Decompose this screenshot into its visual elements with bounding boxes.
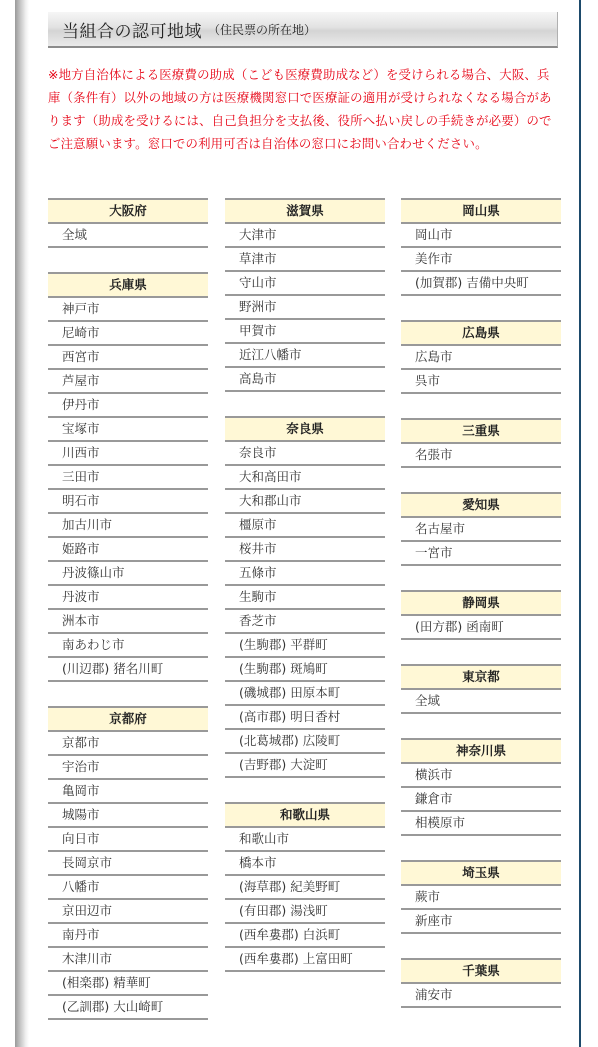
column-2: 滋賀県大津市草津市守山市野洲市甲賀市近江八幡市高島市奈良県奈良市大和高田市大和郡…: [225, 198, 385, 996]
city-row: 城陽市: [48, 804, 208, 828]
city-row: 南あわじ市: [48, 634, 208, 658]
prefecture-header: 三重県: [401, 418, 561, 444]
city-row: (海草郡) 紀美野町: [225, 876, 385, 900]
prefecture-block: 愛知県名古屋市一宮市: [401, 492, 561, 566]
city-row: 木津川市: [48, 948, 208, 972]
section-title-box: 当組合の認可地域 （住民票の所在地）: [48, 12, 558, 48]
city-row: 新座市: [401, 910, 561, 934]
city-row: 芦屋市: [48, 370, 208, 394]
city-row: 宝塚市: [48, 418, 208, 442]
prefecture-block: 大阪府全域: [48, 198, 208, 248]
city-row: (吉野郡) 大淀町: [225, 754, 385, 778]
prefecture-block: 千葉県浦安市: [401, 958, 561, 1008]
city-row: 五條市: [225, 562, 385, 586]
city-row: 生駒市: [225, 586, 385, 610]
city-row: (加賀郡) 吉備中央町: [401, 272, 561, 296]
city-row: 名古屋市: [401, 518, 561, 542]
city-row: (生駒郡) 平群町: [225, 634, 385, 658]
prefecture-header: 千葉県: [401, 958, 561, 984]
prefecture-header: 広島県: [401, 320, 561, 346]
city-row: 一宮市: [401, 542, 561, 566]
city-row: 大津市: [225, 224, 385, 248]
notice-text: ※地方自治体による医療費の助成（こども医療費助成など）を受けられる場合、大阪、兵…: [48, 63, 560, 155]
city-row: 三田市: [48, 466, 208, 490]
city-row: 和歌山市: [225, 828, 385, 852]
city-row: 岡山市: [401, 224, 561, 248]
city-row: (高市郡) 明日香村: [225, 706, 385, 730]
prefecture-block: 埼玉県蕨市新座市: [401, 860, 561, 934]
prefecture-block: 兵庫県神戸市尼崎市西宮市芦屋市伊丹市宝塚市川西市三田市明石市加古川市姫路市丹波篠…: [48, 272, 208, 682]
city-row: 美作市: [401, 248, 561, 272]
city-row: 相模原市: [401, 812, 561, 836]
prefecture-block: 三重県名張市: [401, 418, 561, 468]
city-row: (川辺郡) 猪名川町: [48, 658, 208, 682]
prefecture-block: 東京都全域: [401, 664, 561, 714]
city-row: (西牟婁郡) 上富田町: [225, 948, 385, 972]
city-row: 西宮市: [48, 346, 208, 370]
city-row: 守山市: [225, 272, 385, 296]
city-row: 姫路市: [48, 538, 208, 562]
prefecture-block: 奈良県奈良市大和高田市大和郡山市橿原市桜井市五條市生駒市香芝市(生駒郡) 平群町…: [225, 416, 385, 778]
column-1: 大阪府全域兵庫県神戸市尼崎市西宮市芦屋市伊丹市宝塚市川西市三田市明石市加古川市姫…: [48, 198, 208, 1044]
city-row: 亀岡市: [48, 780, 208, 804]
city-row: (相楽郡) 精華町: [48, 972, 208, 996]
prefecture-header: 兵庫県: [48, 272, 208, 298]
city-row: 大和郡山市: [225, 490, 385, 514]
prefecture-block: 静岡県(田方郡) 函南町: [401, 590, 561, 640]
page-subtitle: （住民票の所在地）: [208, 21, 316, 38]
prefecture-block: 神奈川県横浜市鎌倉市相模原市: [401, 738, 561, 836]
city-row: 南丹市: [48, 924, 208, 948]
prefecture-header: 大阪府: [48, 198, 208, 224]
city-row: 明石市: [48, 490, 208, 514]
city-row: 向日市: [48, 828, 208, 852]
city-row: 浦安市: [401, 984, 561, 1008]
prefecture-header: 埼玉県: [401, 860, 561, 886]
column-3: 岡山県岡山市美作市(加賀郡) 吉備中央町広島県広島市呉市三重県名張市愛知県名古屋…: [401, 198, 561, 1032]
city-row: 加古川市: [48, 514, 208, 538]
city-row: 野洲市: [225, 296, 385, 320]
prefecture-block: 京都府京都市宇治市亀岡市城陽市向日市長岡京市八幡市京田辺市南丹市木津川市(相楽郡…: [48, 706, 208, 1020]
city-row: 尼崎市: [48, 322, 208, 346]
prefecture-header: 滋賀県: [225, 198, 385, 224]
city-row: (西牟婁郡) 白浜町: [225, 924, 385, 948]
city-row: 橿原市: [225, 514, 385, 538]
city-row: 広島市: [401, 346, 561, 370]
city-row: 京田辺市: [48, 900, 208, 924]
city-row: (有田郡) 湯浅町: [225, 900, 385, 924]
prefecture-block: 滋賀県大津市草津市守山市野洲市甲賀市近江八幡市高島市: [225, 198, 385, 392]
city-row: 大和高田市: [225, 466, 385, 490]
prefecture-header: 京都府: [48, 706, 208, 732]
city-row: (生駒郡) 斑鳩町: [225, 658, 385, 682]
city-row: 桜井市: [225, 538, 385, 562]
city-row: 鎌倉市: [401, 788, 561, 812]
city-row: 八幡市: [48, 876, 208, 900]
city-row: 草津市: [225, 248, 385, 272]
left-decorative-bar: [15, 0, 29, 1047]
city-row: 呉市: [401, 370, 561, 394]
city-row: 奈良市: [225, 442, 385, 466]
city-row: 長岡京市: [48, 852, 208, 876]
city-row: 近江八幡市: [225, 344, 385, 368]
city-row: 甲賀市: [225, 320, 385, 344]
city-row: (磯城郡) 田原本町: [225, 682, 385, 706]
prefecture-block: 広島県広島市呉市: [401, 320, 561, 394]
city-row: 川西市: [48, 442, 208, 466]
prefecture-header: 東京都: [401, 664, 561, 690]
city-row: 神戸市: [48, 298, 208, 322]
city-row: 宇治市: [48, 756, 208, 780]
city-row: 丹波市: [48, 586, 208, 610]
prefecture-header: 岡山県: [401, 198, 561, 224]
city-row: 全域: [401, 690, 561, 714]
city-row: 横浜市: [401, 764, 561, 788]
city-row: 高島市: [225, 368, 385, 392]
prefecture-block: 岡山県岡山市美作市(加賀郡) 吉備中央町: [401, 198, 561, 296]
city-row: 洲本市: [48, 610, 208, 634]
prefecture-header: 奈良県: [225, 416, 385, 442]
prefecture-header: 静岡県: [401, 590, 561, 616]
city-row: 京都市: [48, 732, 208, 756]
city-row: 丹波篠山市: [48, 562, 208, 586]
city-row: 香芝市: [225, 610, 385, 634]
city-row: (北葛城郡) 広陵町: [225, 730, 385, 754]
right-border-line: [579, 0, 581, 1047]
prefecture-block: 和歌山県和歌山市橋本市(海草郡) 紀美野町(有田郡) 湯浅町(西牟婁郡) 白浜町…: [225, 802, 385, 972]
city-row: 蕨市: [401, 886, 561, 910]
city-row: (田方郡) 函南町: [401, 616, 561, 640]
page-title: 当組合の認可地域: [62, 17, 202, 42]
city-row: 橋本市: [225, 852, 385, 876]
prefecture-header: 愛知県: [401, 492, 561, 518]
prefecture-header: 和歌山県: [225, 802, 385, 828]
city-row: 伊丹市: [48, 394, 208, 418]
city-row: 名張市: [401, 444, 561, 468]
city-row: 全域: [48, 224, 208, 248]
city-row: (乙訓郡) 大山崎町: [48, 996, 208, 1020]
prefecture-header: 神奈川県: [401, 738, 561, 764]
